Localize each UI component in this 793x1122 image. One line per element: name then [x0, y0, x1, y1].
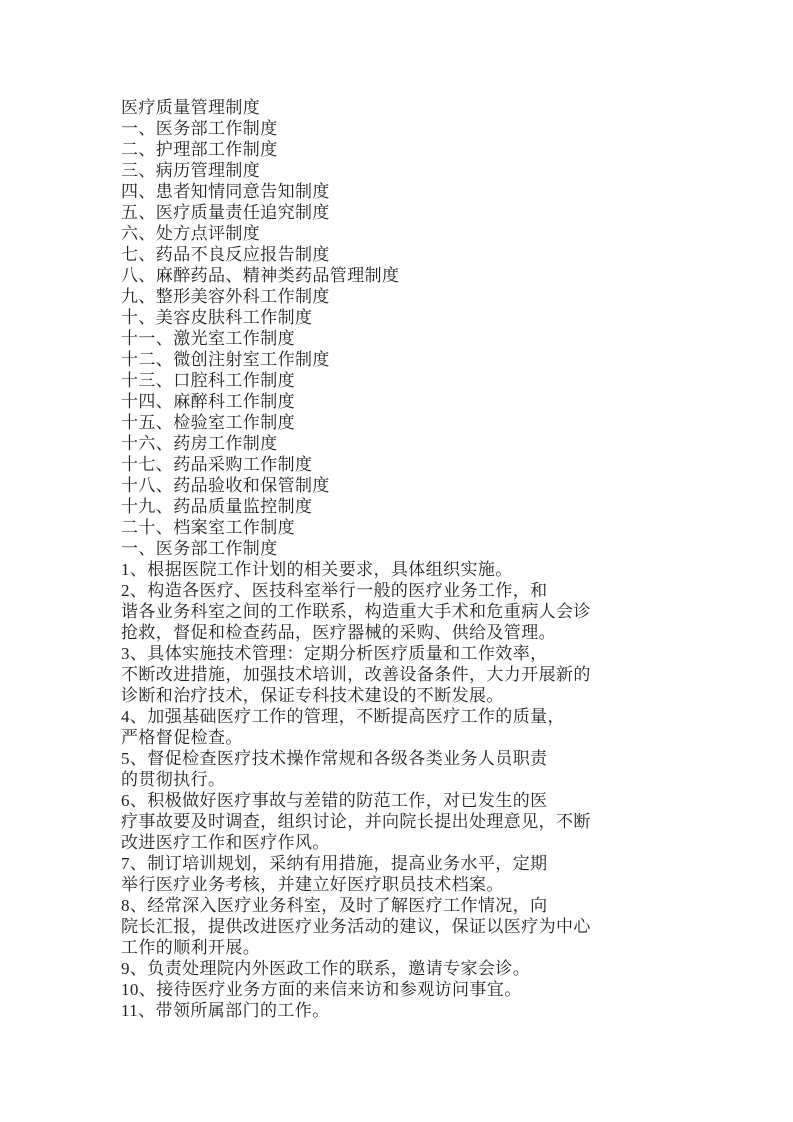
- document-line: 3、具体实施技术管理：定期分析医疗质量和工作效率，: [121, 643, 681, 664]
- document-line: 6、积极做好医疗事故与差错的防范工作，对已发生的医: [121, 790, 681, 811]
- document-line: 十六、药房工作制度: [121, 433, 681, 454]
- document-line: 七、药品不良反应报告制度: [121, 244, 681, 265]
- document-line: 2、构造各医疗、医技科室举行一般的医疗业务工作，和: [121, 580, 681, 601]
- document-line: 三、病历管理制度: [121, 160, 681, 181]
- document-line: 8、经常深入医疗业务科室，及时了解医疗工作情况，向: [121, 895, 681, 916]
- document-line: 抢救，督促和检查药品，医疗器械的采购、供给及管理。: [121, 622, 681, 643]
- document-line: 二、护理部工作制度: [121, 139, 681, 160]
- document-line: 1、根据医院工作计划的相关要求，具体组织实施。: [121, 559, 681, 580]
- document-line: 10、接待医疗业务方面的来信来访和参观访问事宜。: [121, 979, 681, 1000]
- document-line: 院长汇报，提供改进医疗业务活动的建议，保证以医疗为中心: [121, 916, 681, 937]
- document-line: 五、医疗质量责任追究制度: [121, 202, 681, 223]
- document-line: 谐各业务科室之间的工作联系，构造重大手术和危重病人会诊: [121, 601, 681, 622]
- document-line: 4、加强基础医疗工作的管理，不断提高医疗工作的质量，: [121, 706, 681, 727]
- document-line: 十三、口腔科工作制度: [121, 370, 681, 391]
- document-line: 9、负责处理院内外医政工作的联系，邀请专家会诊。: [121, 958, 681, 979]
- document-line: 十二、微创注射室工作制度: [121, 349, 681, 370]
- document-line: 不断改进措施，加强技术培训，改善设备条件，大力开展新的: [121, 664, 681, 685]
- document-line: 诊断和治疗技术，保证专科技术建设的不断发展。: [121, 685, 681, 706]
- document-line: 工作的顺利开展。: [121, 937, 681, 958]
- document-line: 改进医疗工作和医疗作风。: [121, 832, 681, 853]
- document-line: 举行医疗业务考核，并建立好医疗职员技术档案。: [121, 874, 681, 895]
- document-line: 十一、激光室工作制度: [121, 328, 681, 349]
- document-line: 十五、检验室工作制度: [121, 412, 681, 433]
- document-line: 十、美容皮肤科工作制度: [121, 307, 681, 328]
- document-line: 二十、档案室工作制度: [121, 517, 681, 538]
- document-line: 的贯彻执行。: [121, 769, 681, 790]
- document-line: 严格督促检查。: [121, 727, 681, 748]
- document-line: 一、医务部工作制度: [121, 118, 681, 139]
- document-line: 11、带领所属部门的工作。: [121, 1000, 681, 1021]
- document-line: 7、制订培训规划，采纳有用措施，提高业务水平，定期: [121, 853, 681, 874]
- document-line: 一、医务部工作制度: [121, 538, 681, 559]
- document-line: 5、督促检查医疗技术操作常规和各级各类业务人员职责: [121, 748, 681, 769]
- document-line: 疗事故要及时调查，组织讨论，并向院长提出处理意见，不断: [121, 811, 681, 832]
- document-line: 十九、药品质量监控制度: [121, 496, 681, 517]
- document-line: 十七、药品采购工作制度: [121, 454, 681, 475]
- document-line: 十八、药品验收和保管制度: [121, 475, 681, 496]
- document-line: 八、麻醉药品、精神类药品管理制度: [121, 265, 681, 286]
- document-text-block: 医疗质量管理制度一、医务部工作制度二、护理部工作制度三、病历管理制度四、患者知情…: [121, 97, 681, 1021]
- document-line: 十四、麻醉科工作制度: [121, 391, 681, 412]
- document-line: 医疗质量管理制度: [121, 97, 681, 118]
- document-line: 九、整形美容外科工作制度: [121, 286, 681, 307]
- document-line: 四、患者知情同意告知制度: [121, 181, 681, 202]
- document-line: 六、处方点评制度: [121, 223, 681, 244]
- document-page: 医疗质量管理制度一、医务部工作制度二、护理部工作制度三、病历管理制度四、患者知情…: [0, 0, 793, 1122]
